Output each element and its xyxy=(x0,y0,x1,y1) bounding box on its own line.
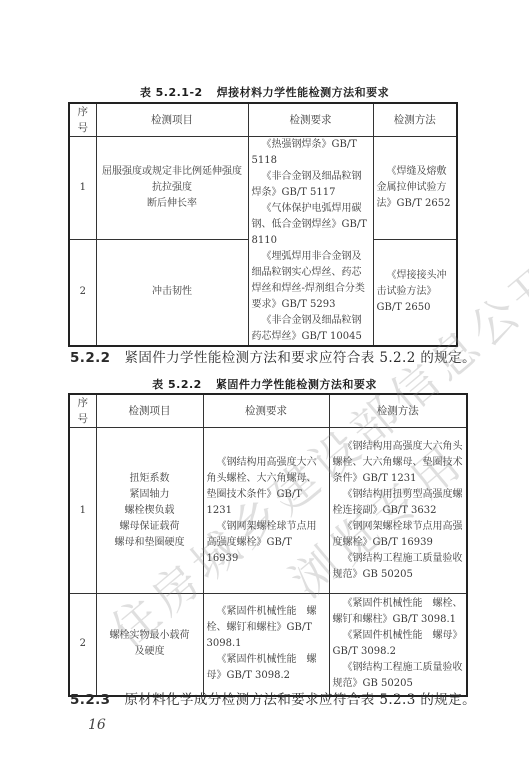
table2-caption-title: 紧固件力学性能检测方法和要求 xyxy=(216,378,377,391)
requirement: 《紧固件机械性能 螺母》GB/T 3098.2 xyxy=(207,652,326,684)
clause-5-2-2: 5.2.2紧固件力学性能检测方法和要求应符合表 5.2.2 的规定。 xyxy=(70,346,476,366)
row-methods: 《钢结构用高强度大六角头螺栓、大六角螺母、垫圈技术条件》GB/T 1231 《钢… xyxy=(329,428,467,594)
table1-caption-title: 焊接材料力学性能检测方法和要求 xyxy=(217,86,390,99)
requirement: 《紧固件机械性能 螺栓、螺钉和螺柱》GB/T 3098.1 xyxy=(207,604,326,652)
row-methods: 《紧固件机械性能 螺栓、螺钉和螺柱》GB/T 3098.1 《紧固件机械性能 螺… xyxy=(329,594,467,696)
clause-text: 紧固件力学性能检测方法和要求应符合表 5.2.2 的规定。 xyxy=(124,350,476,366)
requirement: 《钢网架螺栓球节点用高强度螺栓》GB/T 16939 xyxy=(207,519,326,567)
table-row: 2 螺栓实物最小载荷 及硬度 《紧固件机械性能 螺栓、螺钉和螺柱》GB/T 30… xyxy=(69,594,467,696)
page-number: 16 xyxy=(88,717,106,733)
row-requirements: 《钢结构用高强度大六角头螺栓、大六角螺母、垫圈技术条件》GB/T 1231 《钢… xyxy=(203,428,329,594)
requirement: 《非合金钢及细晶粒钢焊条》GB/T 5117 xyxy=(252,169,370,201)
table2-caption: 表 5.2.2紧固件力学性能检测方法和要求 xyxy=(0,376,529,392)
header-item: 检测项目 xyxy=(96,103,248,137)
item: 冲击韧性 xyxy=(100,284,245,300)
row-items: 扭矩系数 紧固轴力 螺栓楔负载 螺母保证载荷 螺母和垫圈硬度 xyxy=(96,428,203,594)
header-requirement: 检测要求 xyxy=(203,394,329,428)
clause-number: 5.2.3 xyxy=(70,692,110,708)
method: 《钢网架螺栓球节点用高强度螺栓》GB/T 16939 xyxy=(333,519,464,551)
clause-text: 原材料化学成分检测方法和要求应符合表 5.2.3 的规定。 xyxy=(124,692,476,708)
clause-number: 5.2.2 xyxy=(70,350,110,366)
row-method: 《焊缝及熔敷金属拉伸试验方法》GB/T 2652 xyxy=(373,137,457,240)
row-method: 《焊接接头冲击试验方法》GB/T 2650 xyxy=(373,239,457,346)
row-requirements: 《紧固件机械性能 螺栓、螺钉和螺柱》GB/T 3098.1 《紧固件机械性能 螺… xyxy=(203,594,329,696)
table1-caption: 表 5.2.1-2焊接材料力学性能检测方法和要求 xyxy=(0,84,529,100)
item: 扭矩系数 xyxy=(100,471,200,487)
table-row: 1 扭矩系数 紧固轴力 螺栓楔负载 螺母保证载荷 螺母和垫圈硬度 《钢结构用高强… xyxy=(69,428,467,594)
item: 螺母保证载荷 xyxy=(100,519,200,535)
header-no: 序号 xyxy=(69,103,96,137)
header-requirement: 检测要求 xyxy=(248,103,373,137)
table-header-row: 序号 检测项目 检测要求 检测方法 xyxy=(69,103,457,137)
row-items: 冲击韧性 xyxy=(96,239,248,346)
requirement: 《热强钢焊条》GB/T 5118 xyxy=(252,137,370,169)
method: 《焊接接头冲击试验方法》GB/T 2650 xyxy=(377,268,454,316)
row-items: 屈服强度或规定非比例延伸强度 抗拉强度 断后伸长率 xyxy=(96,137,248,240)
header-method: 检测方法 xyxy=(329,394,467,428)
item: 螺母和垫圈硬度 xyxy=(100,535,200,551)
row-items: 螺栓实物最小载荷 及硬度 xyxy=(96,594,203,696)
item: 及硬度 xyxy=(100,644,200,660)
item: 紧固轴力 xyxy=(100,487,200,503)
row-requirements: 《热强钢焊条》GB/T 5118 《非合金钢及细晶粒钢焊条》GB/T 5117 … xyxy=(248,137,373,347)
header-no: 序号 xyxy=(69,394,96,428)
requirement: 《钢结构用高强度大六角头螺栓、大六角螺母、垫圈技术条件》GB/T 1231 xyxy=(207,455,326,519)
method: 《钢结构工程施工质量验收规范》GB 50205 xyxy=(333,551,464,583)
method: 《焊缝及熔敷金属拉伸试验方法》GB/T 2652 xyxy=(377,164,454,212)
method: 《钢结构用高强度大六角头螺栓、大六角螺母、垫圈技术条件》GB/T 1231 xyxy=(333,439,464,487)
table-fasteners: 序号 检测项目 检测要求 检测方法 1 扭矩系数 紧固轴力 螺栓楔负载 螺母保证… xyxy=(68,393,468,697)
table2-caption-number: 表 5.2.2 xyxy=(152,378,202,391)
requirement: 《气体保护电弧焊用碳钢、低合金钢焊丝》GB/T 8110 xyxy=(252,201,370,249)
item: 螺栓楔负载 xyxy=(100,503,200,519)
row-no: 2 xyxy=(69,239,96,346)
method: 《紧固件机械性能 螺母》GB/T 3098.2 xyxy=(333,628,464,660)
table-row: 1 屈服强度或规定非比例延伸强度 抗拉强度 断后伸长率 《热强钢焊条》GB/T … xyxy=(69,137,457,240)
item: 螺栓实物最小载荷 xyxy=(100,628,200,644)
method: 《紧固件机械性能 螺栓、螺钉和螺柱》GB/T 3098.1 xyxy=(333,596,464,628)
item: 断后伸长率 xyxy=(100,196,245,212)
requirement: 《埋弧焊用非合金钢及细晶粒钢实心焊丝、药芯焊丝和焊丝-焊剂组合分类要求》GB/T… xyxy=(252,249,370,313)
clause-5-2-3: 5.2.3原材料化学成分检测方法和要求应符合表 5.2.3 的规定。 xyxy=(70,688,476,708)
header-method: 检测方法 xyxy=(373,103,457,137)
table-header-row: 序号 检测项目 检测要求 检测方法 xyxy=(69,394,467,428)
header-item: 检测项目 xyxy=(96,394,203,428)
row-no: 1 xyxy=(69,137,96,240)
requirement: 《非合金钢及细晶粒钢药芯焊丝》GB/T 10045 xyxy=(252,313,370,345)
row-no: 2 xyxy=(69,594,96,696)
row-no: 1 xyxy=(69,428,96,594)
table-welding-materials: 序号 检测项目 检测要求 检测方法 1 屈服强度或规定非比例延伸强度 抗拉强度 … xyxy=(68,102,458,347)
item: 抗拉强度 xyxy=(100,180,245,196)
method: 《钢结构用扭剪型高强度螺栓连接副》GB/T 3632 xyxy=(333,487,464,519)
table1-caption-number: 表 5.2.1-2 xyxy=(140,86,203,99)
item: 屈服强度或规定非比例延伸强度 xyxy=(100,164,245,180)
